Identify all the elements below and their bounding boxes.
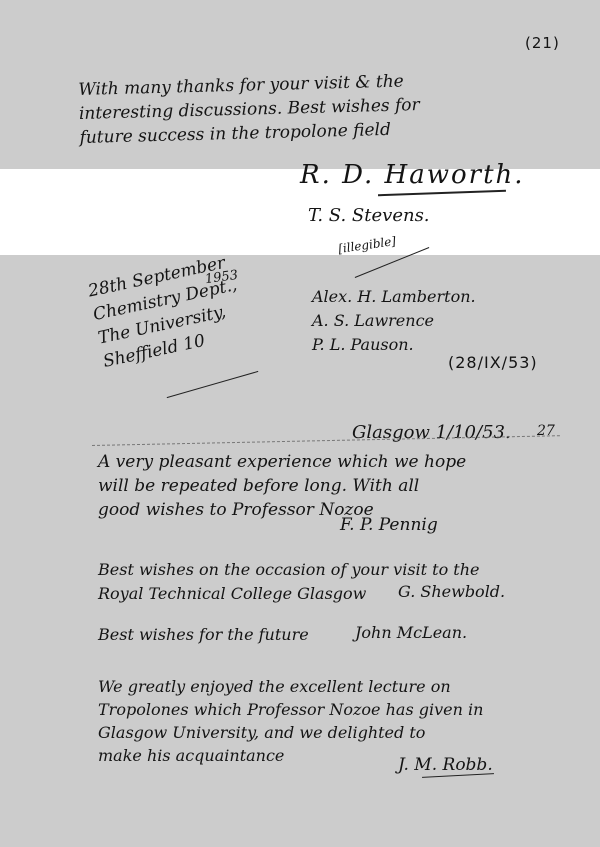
signature-haworth: R. D. Haworth. [300, 160, 525, 190]
signature-stevens: T. S. Stevens. [308, 205, 430, 226]
sheffield-address: 28th September Chemistry Dept., The Univ… [86, 250, 249, 374]
sheffield-date-note: (28/IX/53) [448, 353, 538, 372]
page-number: (21) [525, 34, 560, 52]
signature-shewbold: G. Shewbold. [398, 582, 505, 601]
sheffield-message: With many thanks for your visit & the in… [78, 69, 421, 150]
signature-pennig: F. P. Pennig [340, 515, 438, 535]
signature-robb: J. M. Robb. [398, 755, 493, 775]
glasgow-message-1: A very pleasant experience which we hope… [98, 450, 466, 522]
address-underline [167, 371, 259, 398]
glasgow-message-4: We greatly enjoyed the excellent lecture… [98, 675, 483, 767]
sheffield-signatories: Alex. H. Lamberton. A. S. Lawrence P. L.… [312, 285, 476, 357]
glasgow-message-3: Best wishes for the future [98, 625, 309, 644]
signature-mclean: John McLean. [355, 623, 467, 642]
